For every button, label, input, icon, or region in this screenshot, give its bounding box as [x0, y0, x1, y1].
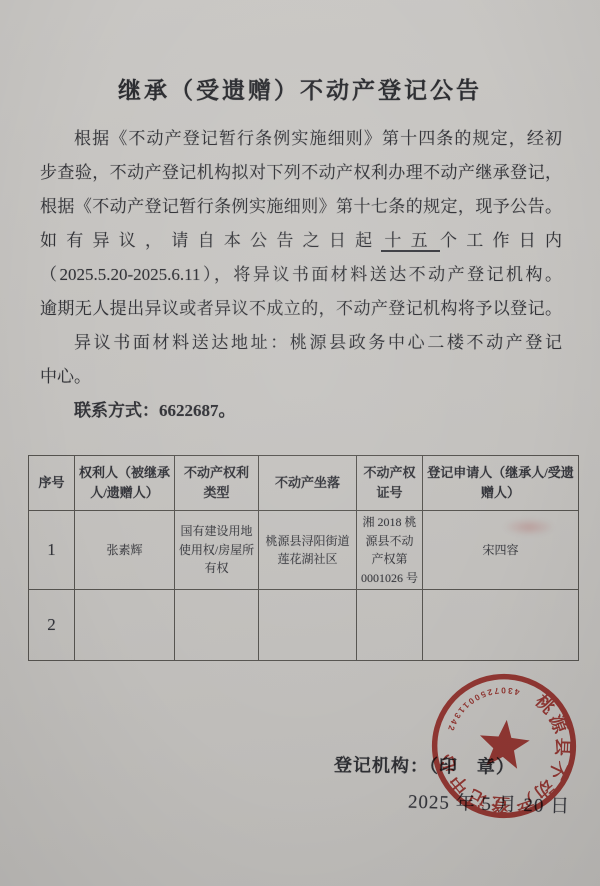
red-smudge [503, 518, 555, 536]
notice-body: 根据《不动产登记暂行条例实施细则》第十四条的规定，经初 步查验，不动产登记机构拟… [40, 122, 562, 428]
fifteen-days-underlined: 十五 [381, 231, 440, 252]
cell-owner [75, 590, 175, 661]
table-row: 1 张素辉 国有建设用地使用权/房屋所有权 桃源县浔阳街道莲花湖社区 湘 201… [29, 511, 579, 590]
table-header-row: 序号 权利人（被继承人/遗赠人） 不动产权利类型 不动产坐落 不动产权证号 登记… [29, 456, 579, 511]
cell-seq: 2 [29, 590, 75, 661]
cell-cert-no [357, 590, 423, 661]
announcement-table: 序号 权利人（被继承人/遗赠人） 不动产权利类型 不动产坐落 不动产权证号 登记… [28, 455, 579, 661]
address-line-1: 异议书面材料送达地址：桃源县政务中心二楼不动产登记 [40, 326, 562, 360]
cell-applicant: 宋四容 [423, 511, 579, 590]
cell-location: 桃源县浔阳街道莲花湖社区 [259, 511, 357, 590]
document-photo: 继承（受遗赠）不动产登记公告 根据《不动产登记暂行条例实施细则》第十四条的规定，… [0, 0, 600, 886]
cell-cert-no: 湘 2018 桃源县不动产权第 0001026 号 [357, 511, 423, 590]
contact-line: 联系方式：6622687。 [40, 394, 562, 428]
notice-line-2: 步查验，不动产登记机构拟对下列不动产权利办理不动产继承登记， [40, 156, 562, 190]
seal-star [472, 715, 539, 781]
notice-line-3: 根据《不动产登记暂行条例实施细则》第十七条的规定，现予公告。 [40, 190, 562, 224]
cell-owner: 张素辉 [75, 511, 175, 590]
notice-line-1: 根据《不动产登记暂行条例实施细则》第十四条的规定，经初 [40, 122, 562, 156]
notice-line-4-after: 个工作日内 [440, 231, 562, 250]
cell-right-type: 国有建设用地使用权/房屋所有权 [175, 511, 259, 590]
header-applicant: 登记申请人（继承人/受遗赠人） [423, 456, 579, 511]
header-seq: 序号 [29, 456, 75, 511]
page-title: 继承（受遗赠）不动产登记公告 [0, 72, 600, 105]
table-row: 2 [29, 590, 579, 661]
notice-line-4: 如有异议，请自本公告之日起十五个工作日内 [40, 224, 562, 258]
cell-right-type [175, 590, 259, 661]
cell-seq: 1 [29, 511, 75, 590]
cell-location [259, 590, 357, 661]
notice-line-6: 逾期无人提出异议或者异议不成立的，不动产登记机构将予以登记。 [40, 292, 562, 326]
header-cert-no: 不动产权证号 [357, 456, 423, 511]
official-seal: 桃源县不动产登记中心 4307250011342 [404, 646, 600, 845]
cell-applicant [423, 590, 579, 661]
header-owner: 权利人（被继承人/遗赠人） [75, 456, 175, 511]
header-right-type: 不动产权利类型 [175, 456, 259, 511]
notice-line-5: （2025.5.20-2025.6.11），将异议书面材料送达不动产登记机构。 [40, 258, 562, 292]
notice-line-4-before: 如有异议，请自本公告之日起 [40, 231, 381, 250]
address-line-2: 中心。 [40, 360, 562, 394]
header-location: 不动产坐落 [259, 456, 357, 511]
